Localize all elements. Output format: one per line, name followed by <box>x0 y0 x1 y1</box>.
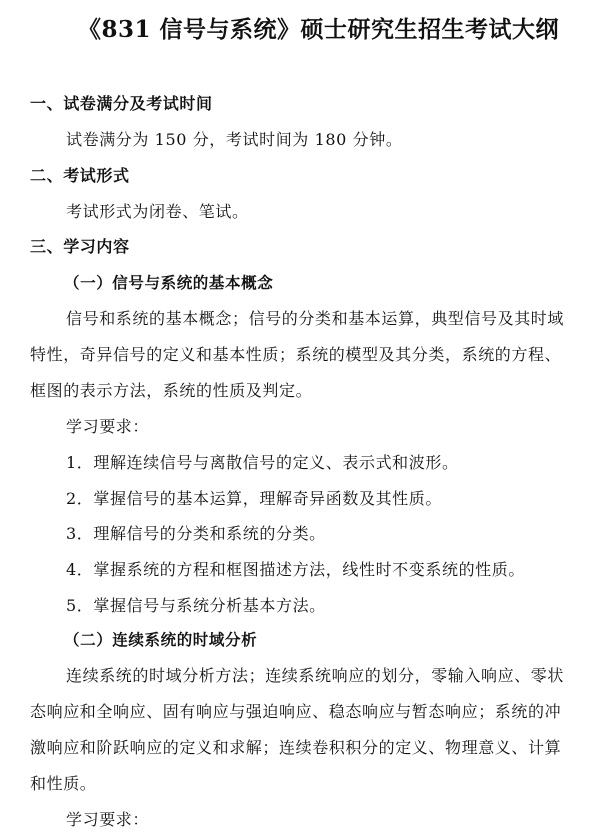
paragraph-line: 激响应和阶跃响应的定义和求解；连续卷积积分的定义、物理意义、计算 <box>30 738 561 758</box>
paragraph-line: 特性，奇异信号的定义和基本性质；系统的模型及其分类，系统的方程、 <box>30 345 561 365</box>
paragraph-line: 信号和系统的基本概念；信号的分类和基本运算，典型信号及其时域 <box>66 309 564 329</box>
paragraph-line: 态响应和全响应、固有响应与强迫响应、稳态响应与暂态响应；系统的冲 <box>30 702 561 722</box>
page-title: 《831 信号与系统》硕士研究生招生考试大纲 <box>78 16 559 44</box>
paragraph-line: 连续系统的时域分析方法；连续系统响应的划分，零输入响应、零状 <box>66 666 564 686</box>
section-heading-2: 二、考试形式 <box>30 166 130 186</box>
requirement-item: 3．理解信号的分类和系统的分类。 <box>66 524 326 544</box>
subsection-heading-2: （二）连续系统的时域分析 <box>64 630 257 650</box>
section-heading-1: 一、试卷满分及考试时间 <box>30 94 213 114</box>
requirement-item: 2．掌握信号的基本运算，理解奇异函数及其性质。 <box>66 489 442 509</box>
requirement-item: 4．掌握系统的方程和框图描述方法，线性时不变系统的性质。 <box>66 560 525 580</box>
requirements-label: 学习要求： <box>66 810 149 830</box>
section-heading-3: 三、学习内容 <box>30 237 130 257</box>
subsection-heading-1: （一）信号与系统的基本概念 <box>64 273 273 293</box>
section-body-2: 考试形式为闭卷、笔试。 <box>66 202 249 222</box>
requirement-item: 5．掌握信号与系统分析基本方法。 <box>66 596 326 616</box>
paragraph-line: 框图的表示方法，系统的性质及判定。 <box>30 381 312 401</box>
paragraph-line: 和性质。 <box>30 774 96 794</box>
section-body-1: 试卷满分为 150 分，考试时间为 180 分钟。 <box>66 130 402 150</box>
requirement-item: 1．理解连续信号与离散信号的定义、表示式和波形。 <box>66 453 459 473</box>
requirements-label: 学习要求： <box>66 417 149 437</box>
